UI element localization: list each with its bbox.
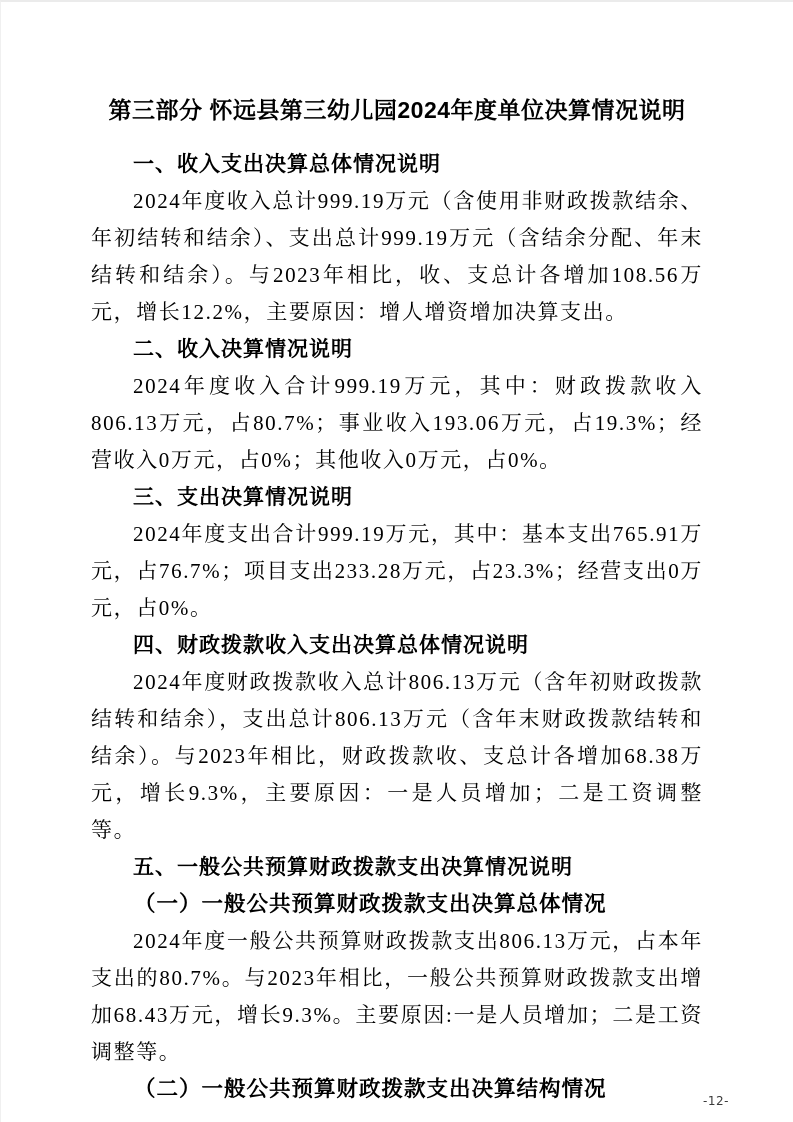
- section-5-subsection-1-heading: （一）一般公共预算财政拨款支出决算总体情况: [91, 886, 703, 923]
- section-2-paragraph: 2024年度收入合计999.19万元，其中：财政拨款收入806.13万元，占80…: [91, 368, 703, 479]
- document-page: 第三部分 怀远县第三幼儿园2024年度单位决算情况说明 一、收入支出决算总体情况…: [0, 0, 793, 1122]
- section-4-paragraph: 2024年度财政拨款收入总计806.13万元（含年初财政拨款结转和结余），支出总…: [91, 664, 703, 849]
- section-3-paragraph: 2024年度支出合计999.19万元，其中：基本支出765.91万元，占76.7…: [91, 516, 703, 627]
- section-3-heading: 三、支出决算情况说明: [91, 479, 703, 516]
- section-2-heading: 二、收入决算情况说明: [91, 331, 703, 368]
- section-5-heading: 五、一般公共预算财政拨款支出决算情况说明: [91, 849, 703, 886]
- section-general-public-budget: 五、一般公共预算财政拨款支出决算情况说明 （一）一般公共预算财政拨款支出决算总体…: [91, 849, 703, 1108]
- section-1-paragraph: 2024年度收入总计999.19万元（含使用非财政拨款结余、年初结转和结余）、支…: [91, 183, 703, 331]
- section-income-details: 二、收入决算情况说明 2024年度收入合计999.19万元，其中：财政拨款收入8…: [91, 331, 703, 479]
- section-fiscal-appropriation-overview: 四、财政拨款收入支出决算总体情况说明 2024年度财政拨款收入总计806.13万…: [91, 627, 703, 849]
- section-1-heading: 一、收入支出决算总体情况说明: [91, 146, 703, 183]
- section-expenditure-details: 三、支出决算情况说明 2024年度支出合计999.19万元，其中：基本支出765…: [91, 479, 703, 627]
- section-5-subsection-2-heading: （二）一般公共预算财政拨款支出决算结构情况: [91, 1071, 703, 1108]
- page-number: -12-: [703, 1094, 729, 1108]
- document-title: 第三部分 怀远县第三幼儿园2024年度单位决算情况说明: [91, 95, 703, 125]
- section-5-subsection-1-paragraph: 2024年度一般公共预算财政拨款支出806.13万元，占本年支出的80.7%。与…: [91, 923, 703, 1071]
- section-4-heading: 四、财政拨款收入支出决算总体情况说明: [91, 627, 703, 664]
- section-income-expenditure-overview: 一、收入支出决算总体情况说明 2024年度收入总计999.19万元（含使用非财政…: [91, 146, 703, 331]
